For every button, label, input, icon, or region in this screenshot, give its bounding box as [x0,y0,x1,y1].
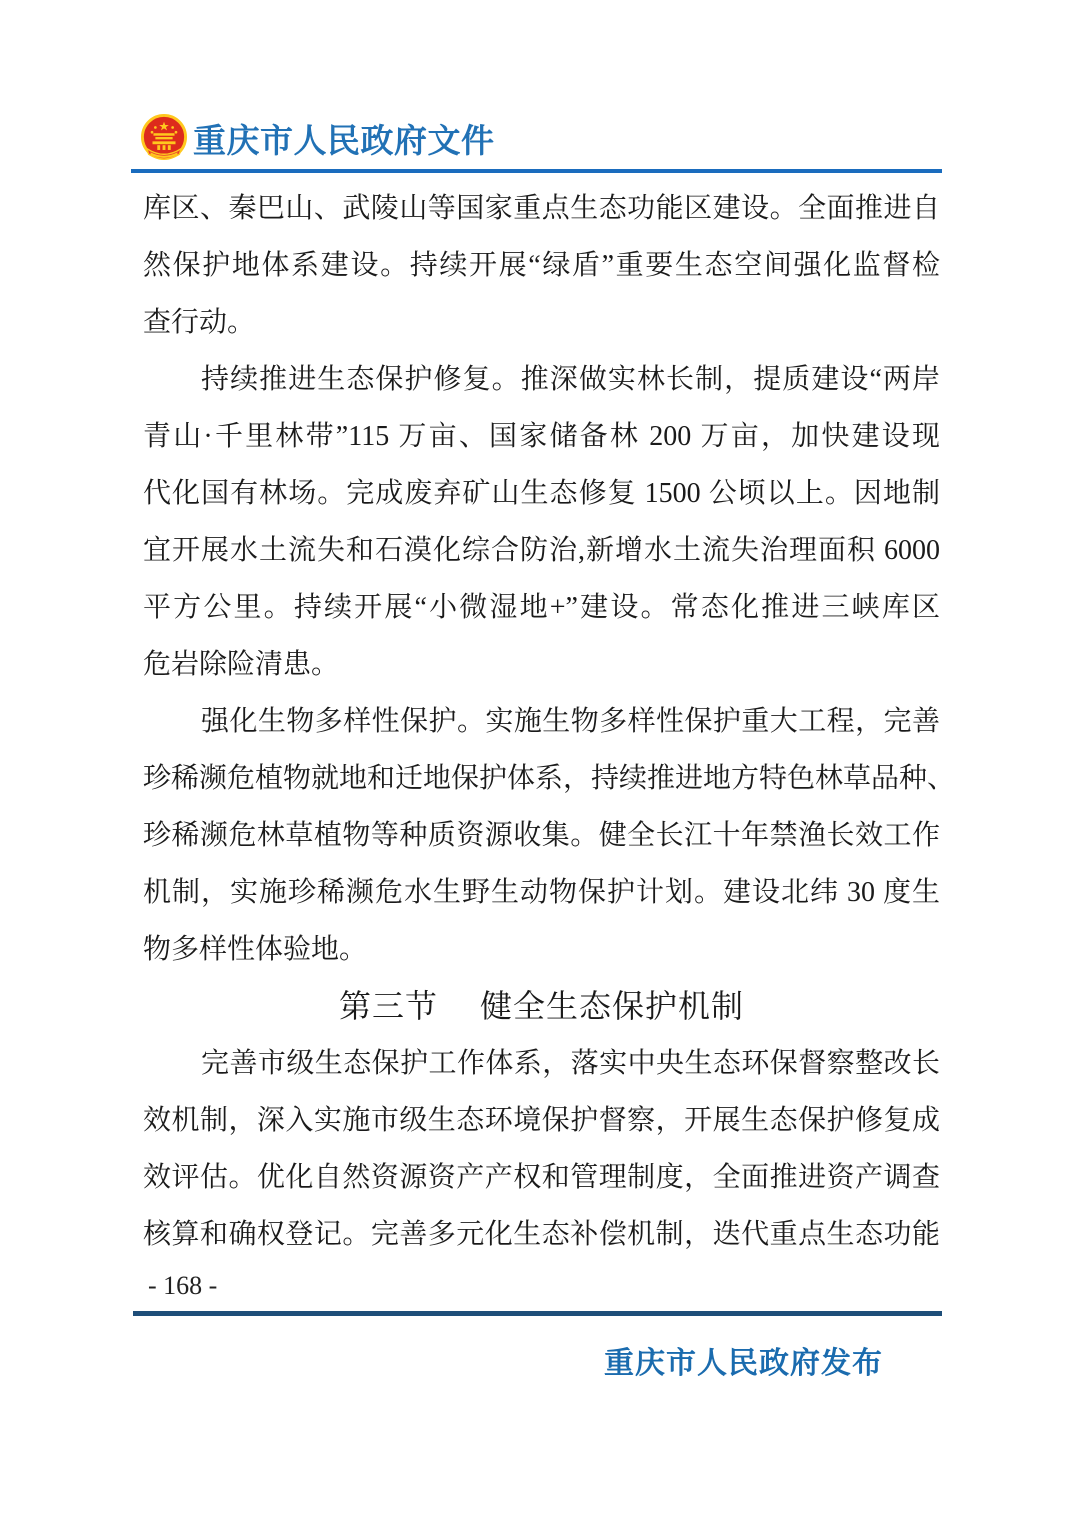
body-line: 青山·千里林带”115 万亩、国家储备林 200 万亩，加快建设现 [143,408,940,465]
body-line: 库区、秦巴山、武陵山等国家重点生态功能区建设。全面推进自 [143,180,940,237]
body-line: 强化生物多样性保护。实施生物多样性保护重大工程，完善 [143,693,940,750]
body-line: 查行动。 [143,294,940,351]
document-page: 重庆市人民政府文件 库区、秦巴山、武陵山等国家重点生态功能区建设。全面推进自 然… [0,0,1074,1520]
body-line: 然保护地体系建设。持续开展“绿盾”重要生态空间强化监督检 [143,237,940,294]
footer-publisher: 重庆市人民政府发布 [604,1347,883,1380]
body-line: 代化国有林场。完成废弃矿山生态修复 1500 公顷以上。因地制 [143,465,940,522]
section-heading: 第三节 健全生态保护机制 [143,978,940,1035]
footer-divider [133,1311,942,1316]
body-line: 珍稀濒危林草植物等种质资源收集。健全长江十年禁渔长效工作 [143,807,940,864]
body-line: 持续推进生态保护修复。推深做实林长制，提质建设“两岸 [143,351,940,408]
body-line: 效评估。优化自然资源资产产权和管理制度，全面推进资产调查 [143,1149,940,1206]
body-line: 效机制，深入实施市级生态环境保护督察，开展生态保护修复成 [143,1092,940,1149]
china-national-emblem-icon [141,114,187,162]
body-line: 核算和确权登记。完善多元化生态补偿机制，迭代重点生态功能 [143,1206,940,1263]
body-line: 完善市级生态保护工作体系，落实中央生态环保督察整改长 [143,1035,940,1092]
body-line: 物多样性体验地。 [143,921,940,978]
document-header: 重庆市人民政府文件 [141,114,942,162]
body-line: 平方公里。持续开展“小微湿地+”建设。常态化推进三峡库区 [143,579,940,636]
body-line: 宜开展水土流失和石漠化综合防治,新增水土流失治理面积 6000 [143,522,940,579]
document-footer: 重庆市人民政府发布 [143,1338,883,1382]
document-body: 库区、秦巴山、武陵山等国家重点生态功能区建设。全面推进自 然保护地体系建设。持续… [143,173,940,1263]
body-line: 机制，实施珍稀濒危水生野生动物保护计划。建设北纬 30 度生 [143,864,940,921]
page-number: - 168 - [148,1269,940,1303]
document-header-title: 重庆市人民政府文件 [193,115,495,162]
body-line: 珍稀濒危植物就地和迁地保护体系，持续推进地方特色林草品种、 [143,750,940,807]
body-line: 危岩除险清患。 [143,636,940,693]
